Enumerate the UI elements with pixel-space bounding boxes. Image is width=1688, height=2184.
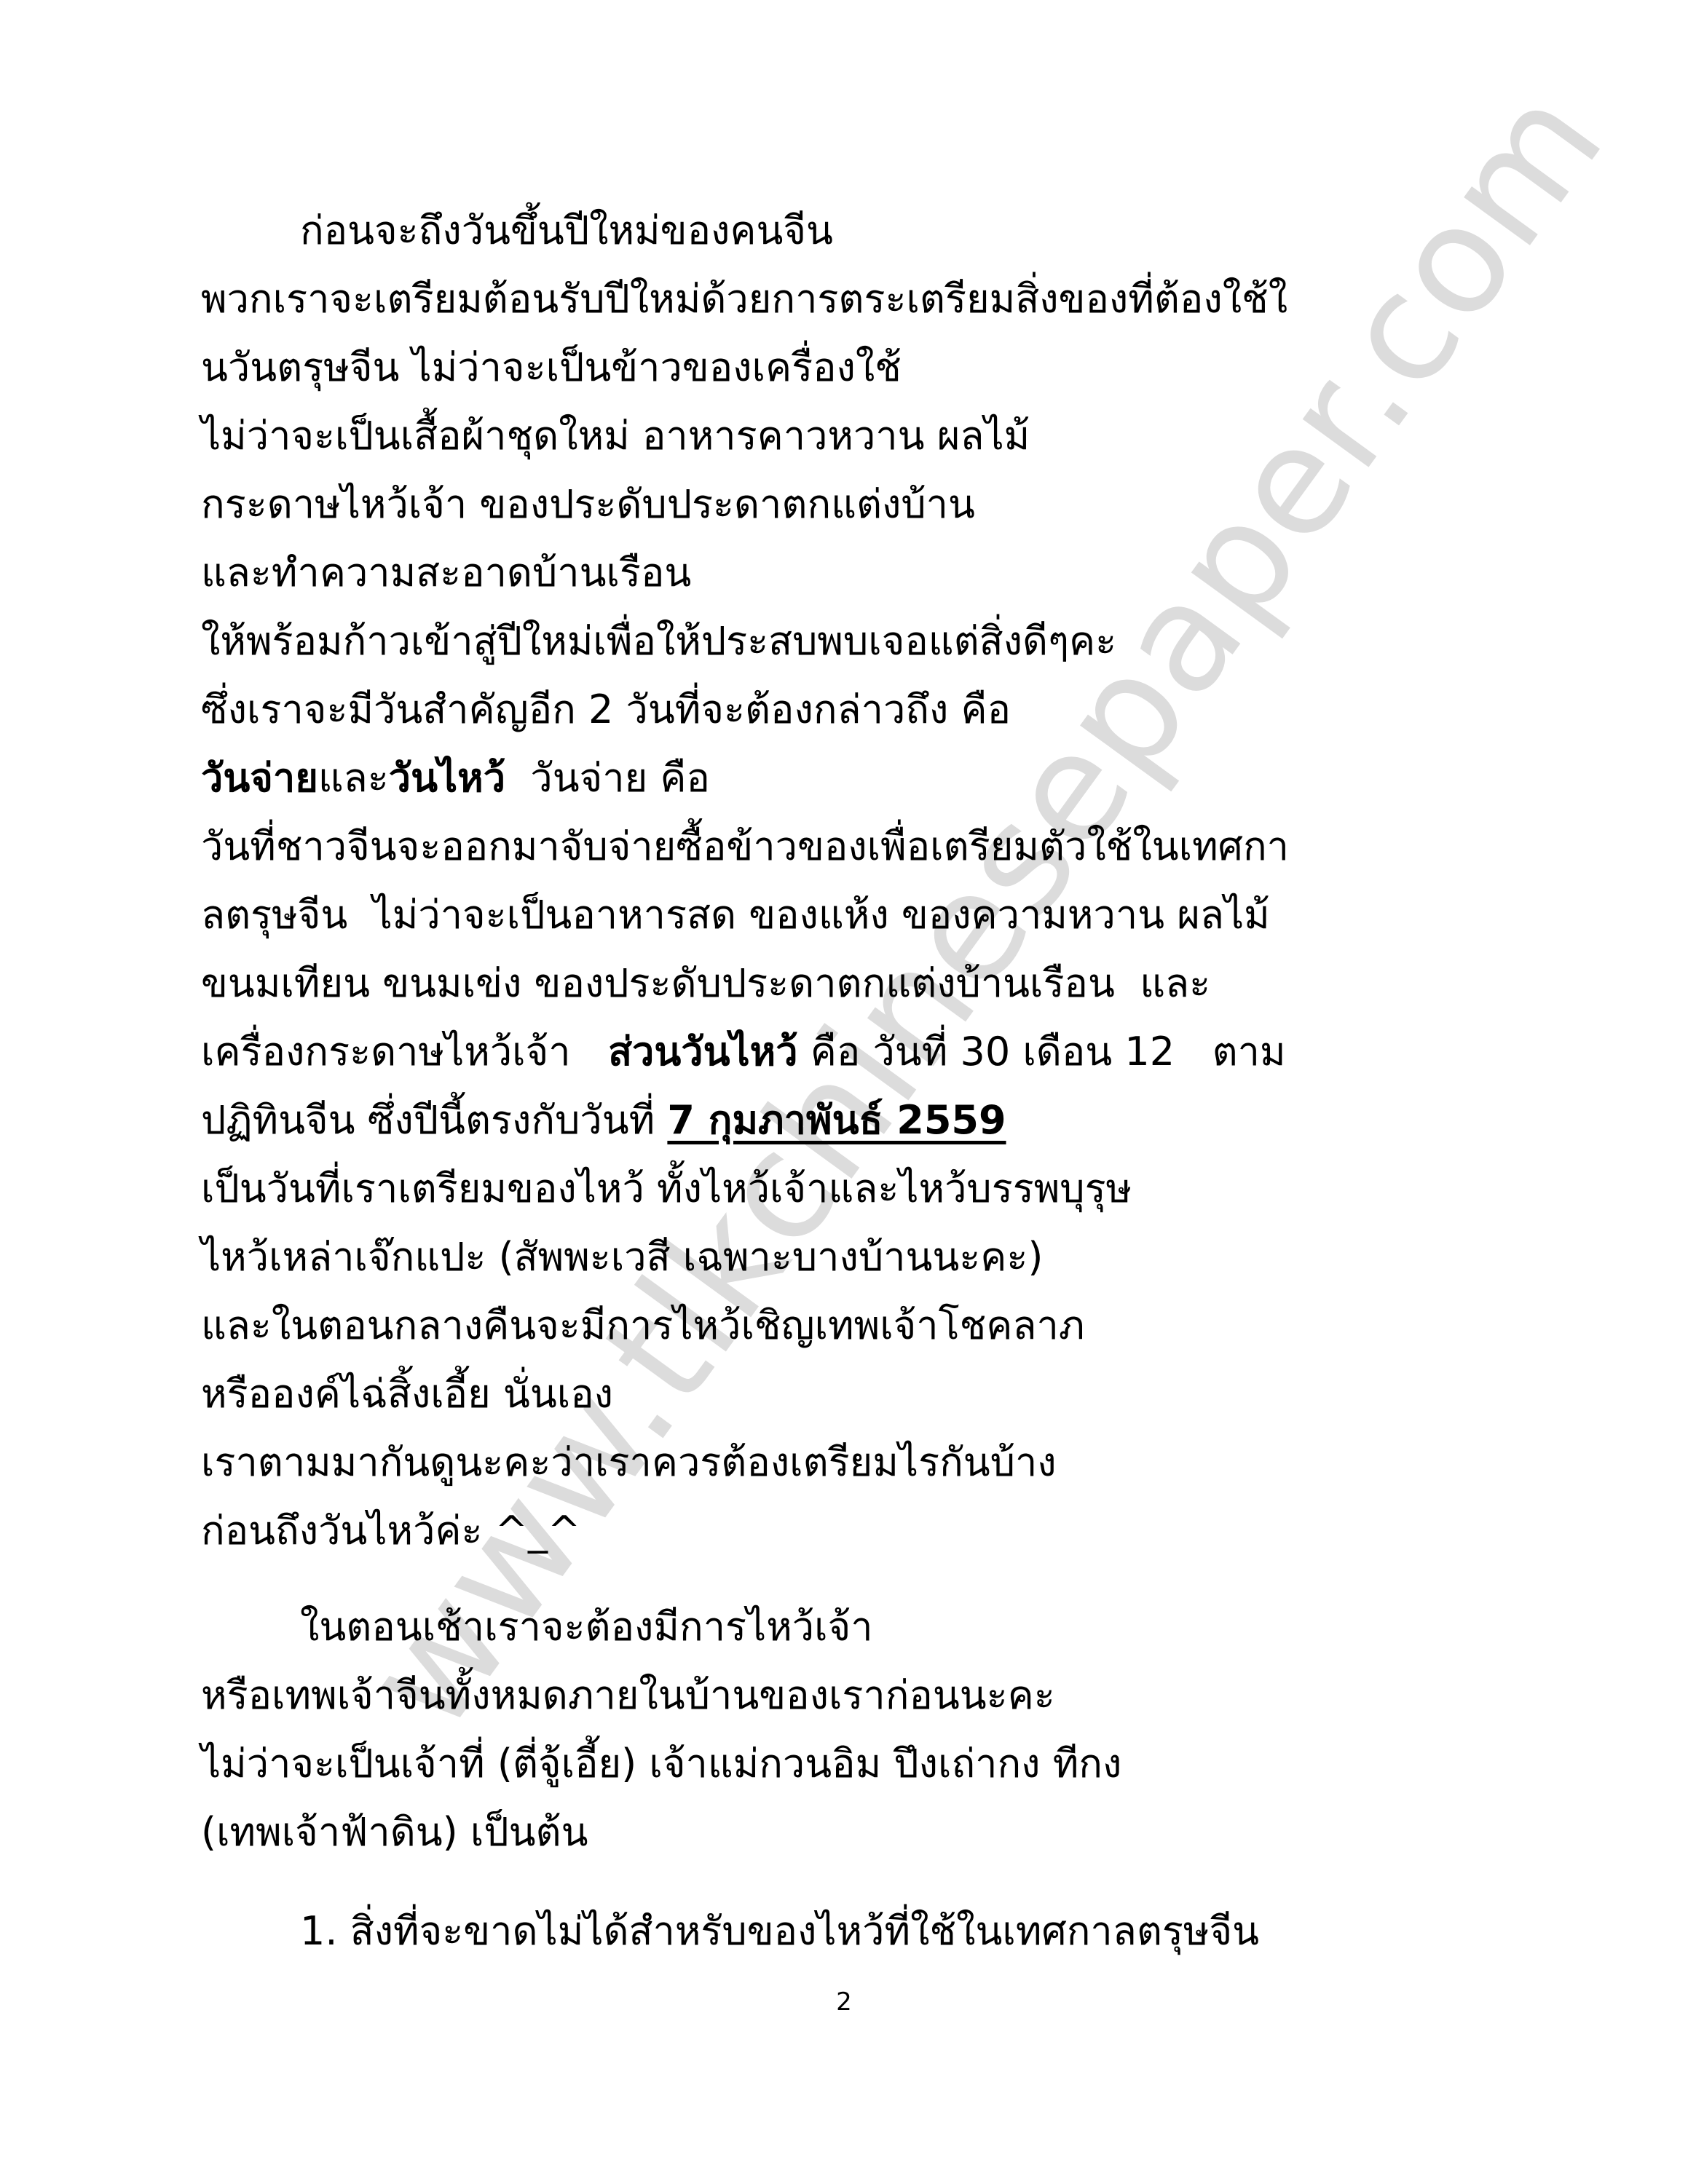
paragraph-spacer — [201, 1565, 1512, 1593]
page-number: 2 — [0, 1987, 1688, 2017]
list-marker: 1. — [300, 1908, 338, 1954]
text-line-mixed: ปฏิทินจีน ซึ่งปีนี้ตรงกับวันที่ 7 กุมภาพ… — [201, 1086, 1512, 1155]
text-line: ในตอนเช้าเราจะต้องมีการไหว้เจ้า — [201, 1593, 1512, 1661]
text-fragment: เครื่องกระดาษไหว้เจ้า — [201, 1029, 608, 1075]
numbered-list: 1. สิ่งที่จะขาดไม่ได้สำหรับของไหว้ที่ใช้… — [201, 1897, 1512, 1966]
highlighted-date: 7 กุมภาพันธ์ 2559 — [667, 1097, 1006, 1143]
text-fragment: และ — [318, 755, 389, 801]
text-line: (เทพเจ้าฟ้าดิน) เป็นต้น — [201, 1798, 1512, 1867]
list-item-text: สิ่งที่จะขาดไม่ได้สำหรับของไหว้ที่ใช้ในเ… — [350, 1908, 1259, 1954]
paragraph-intro: ก่อนจะถึงวันขึ้นปีใหม่ของคนจีน พวกเราจะเ… — [201, 197, 1512, 1565]
paragraph-spacer — [201, 1867, 1512, 1897]
text-line: เป็นวันที่เราเตรียมของไหว้ ทั้งไหว้เจ้าแ… — [201, 1155, 1512, 1223]
text-line-mixed: เครื่องกระดาษไหว้เจ้า ส่วนวันไหว้ คือ วั… — [201, 1018, 1512, 1086]
text-line: พวกเราจะเตรียมต้อนรับปีใหม่ด้วยการตระเตร… — [201, 265, 1512, 333]
text-fragment: ปฏิทินจีน ซึ่งปีนี้ตรงกับวันที่ — [201, 1097, 667, 1143]
bold-term-wan-wai: วันไหว้ — [389, 755, 505, 801]
text-line: ให้พร้อมก้าวเข้าสู่ปีใหม่เพื่อให้ประสบพบ… — [201, 607, 1512, 676]
text-line: ไม่ว่าจะเป็นเจ้าที่ (ตี่จู้เอี้ย) เจ้าแม… — [201, 1730, 1512, 1798]
document-body: ก่อนจะถึงวันขึ้นปีใหม่ของคนจีน พวกเราจะเ… — [201, 197, 1512, 1966]
text-line: หรือเทพเจ้าจีนทั้งหมดภายในบ้านของเราก่อน… — [201, 1661, 1512, 1730]
text-line: นวันตรุษจีน ไม่ว่าจะเป็นข้าวของเครื่องใช… — [201, 333, 1512, 402]
list-item: 1. สิ่งที่จะขาดไม่ได้สำหรับของไหว้ที่ใช้… — [201, 1897, 1512, 1966]
text-line: กระดาษไหว้เจ้า ของประดับประดาตกแต่งบ้าน — [201, 470, 1512, 539]
bold-term-suan-wan-wai: ส่วนวันไหว้ — [608, 1029, 798, 1075]
text-line: และในตอนกลางคืนจะมีการไหว้เชิญเทพเจ้าโชค… — [201, 1291, 1512, 1360]
text-line: ไหว้เหล่าเจ๊กแปะ (สัพพะเวสี เฉพาะบางบ้าน… — [201, 1223, 1512, 1291]
text-line-mixed: วันจ่ายและวันไหว้ วันจ่าย คือ — [201, 744, 1512, 812]
text-line: ก่อนจะถึงวันขึ้นปีใหม่ของคนจีน — [201, 197, 1512, 265]
paragraph-morning-worship: ในตอนเช้าเราจะต้องมีการไหว้เจ้า หรือเทพเ… — [201, 1593, 1512, 1867]
text-line: และทำความสะอาดบ้านเรือน — [201, 539, 1512, 607]
text-line: ก่อนถึงวันไหว้ค่ะ ^_^ — [201, 1497, 1512, 1565]
document-page: www.tlkchinesepaper.com ก่อนจะถึงวันขึ้น… — [0, 0, 1688, 2184]
text-line: วันที่ชาวจีนจะออกมาจับจ่ายซื้อข้าวของเพื… — [201, 812, 1512, 881]
text-fragment: คือ วันที่ 30 เดือน 12 ตาม — [798, 1029, 1286, 1075]
text-fragment: วันจ่าย คือ — [505, 755, 710, 801]
text-line: ซึ่งเราจะมีวันสำคัญอีก 2 วันที่จะต้องกล่… — [201, 676, 1512, 744]
text-line: หรือองค์ไฉ่สิ้งเอี้ย นั่นเอง — [201, 1360, 1512, 1428]
text-line: เราตามมากันดูนะคะว่าเราควรต้องเตรียมไรกั… — [201, 1428, 1512, 1497]
text-line: ขนมเทียน ขนมเข่ง ของประดับประดาตกแต่งบ้า… — [201, 949, 1512, 1018]
text-line: ไม่ว่าจะเป็นเสื้อผ้าชุดใหม่ อาหารคาวหวาน… — [201, 402, 1512, 470]
text-line: ลตรุษจีน ไม่ว่าจะเป็นอาหารสด ของแห้ง ของ… — [201, 881, 1512, 949]
bold-term-wan-chai: วันจ่าย — [201, 755, 318, 801]
